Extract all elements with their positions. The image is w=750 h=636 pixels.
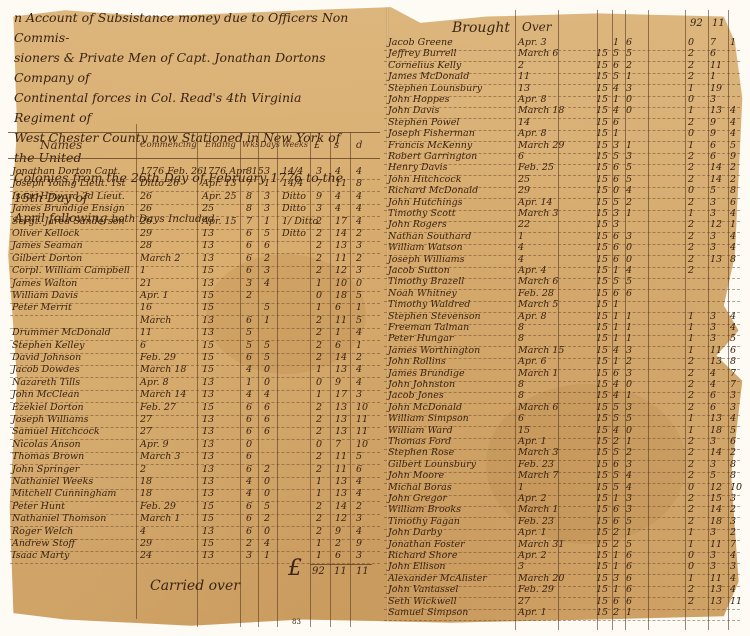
- roster-row: Samuel SimpsonApr. 11521: [384, 606, 740, 621]
- cell-s: 6: [335, 549, 341, 563]
- title-line: Continental forces in Col. Read's 4th Vi…: [14, 88, 364, 128]
- total-rule: [310, 564, 372, 565]
- header-days: Days: [260, 140, 280, 149]
- cell-d: 3: [356, 549, 362, 563]
- total-shillings: 11: [334, 566, 347, 577]
- cell-name: Samuel Simpson: [388, 606, 468, 620]
- brought-total-pounds: 92: [690, 18, 703, 29]
- over-label: Over: [522, 20, 551, 34]
- header-shillings: s: [334, 140, 339, 151]
- cell-name: Isaac Marty: [12, 549, 69, 563]
- header-top-rule: [8, 132, 380, 133]
- cell-days: 1: [264, 549, 270, 563]
- cell-commencing: 24: [140, 549, 152, 563]
- header-pence: d: [356, 140, 362, 151]
- title-line: sioners & Private Men of Capt. Jonathan …: [14, 48, 364, 88]
- header-weeks: Wks: [242, 140, 259, 149]
- cell-ending: 13: [202, 549, 214, 563]
- header-bottom-rule: [8, 158, 380, 159]
- header-weekly-rate: Weeks: [282, 140, 308, 149]
- brought-label: Brought: [452, 20, 510, 36]
- roster-row: Isaac Marty241331163: [10, 549, 380, 564]
- total-pence: 11: [356, 566, 369, 577]
- total-pounds: 92: [312, 566, 325, 577]
- cell-weeks: 3: [246, 549, 252, 563]
- cell-weeks: 2: [613, 606, 619, 620]
- cell-ending: 15: [596, 606, 608, 620]
- title-line: n Account of Subsistance money due to Of…: [14, 8, 364, 48]
- cell-days: 1: [626, 606, 632, 620]
- header-names: Names: [40, 138, 82, 152]
- page-number: 83: [292, 618, 301, 626]
- brought-total-shillings: 11: [712, 18, 725, 29]
- header-ending: Ending: [205, 140, 236, 150]
- header-pounds: £: [314, 140, 320, 151]
- cell-commencing: Apr. 1: [518, 606, 547, 620]
- cell-l: 1: [316, 549, 322, 563]
- header-commencing: Commencing: [140, 140, 197, 150]
- pound-sign-flourish: £: [288, 556, 302, 581]
- carried-over-label: Carried over: [150, 578, 240, 594]
